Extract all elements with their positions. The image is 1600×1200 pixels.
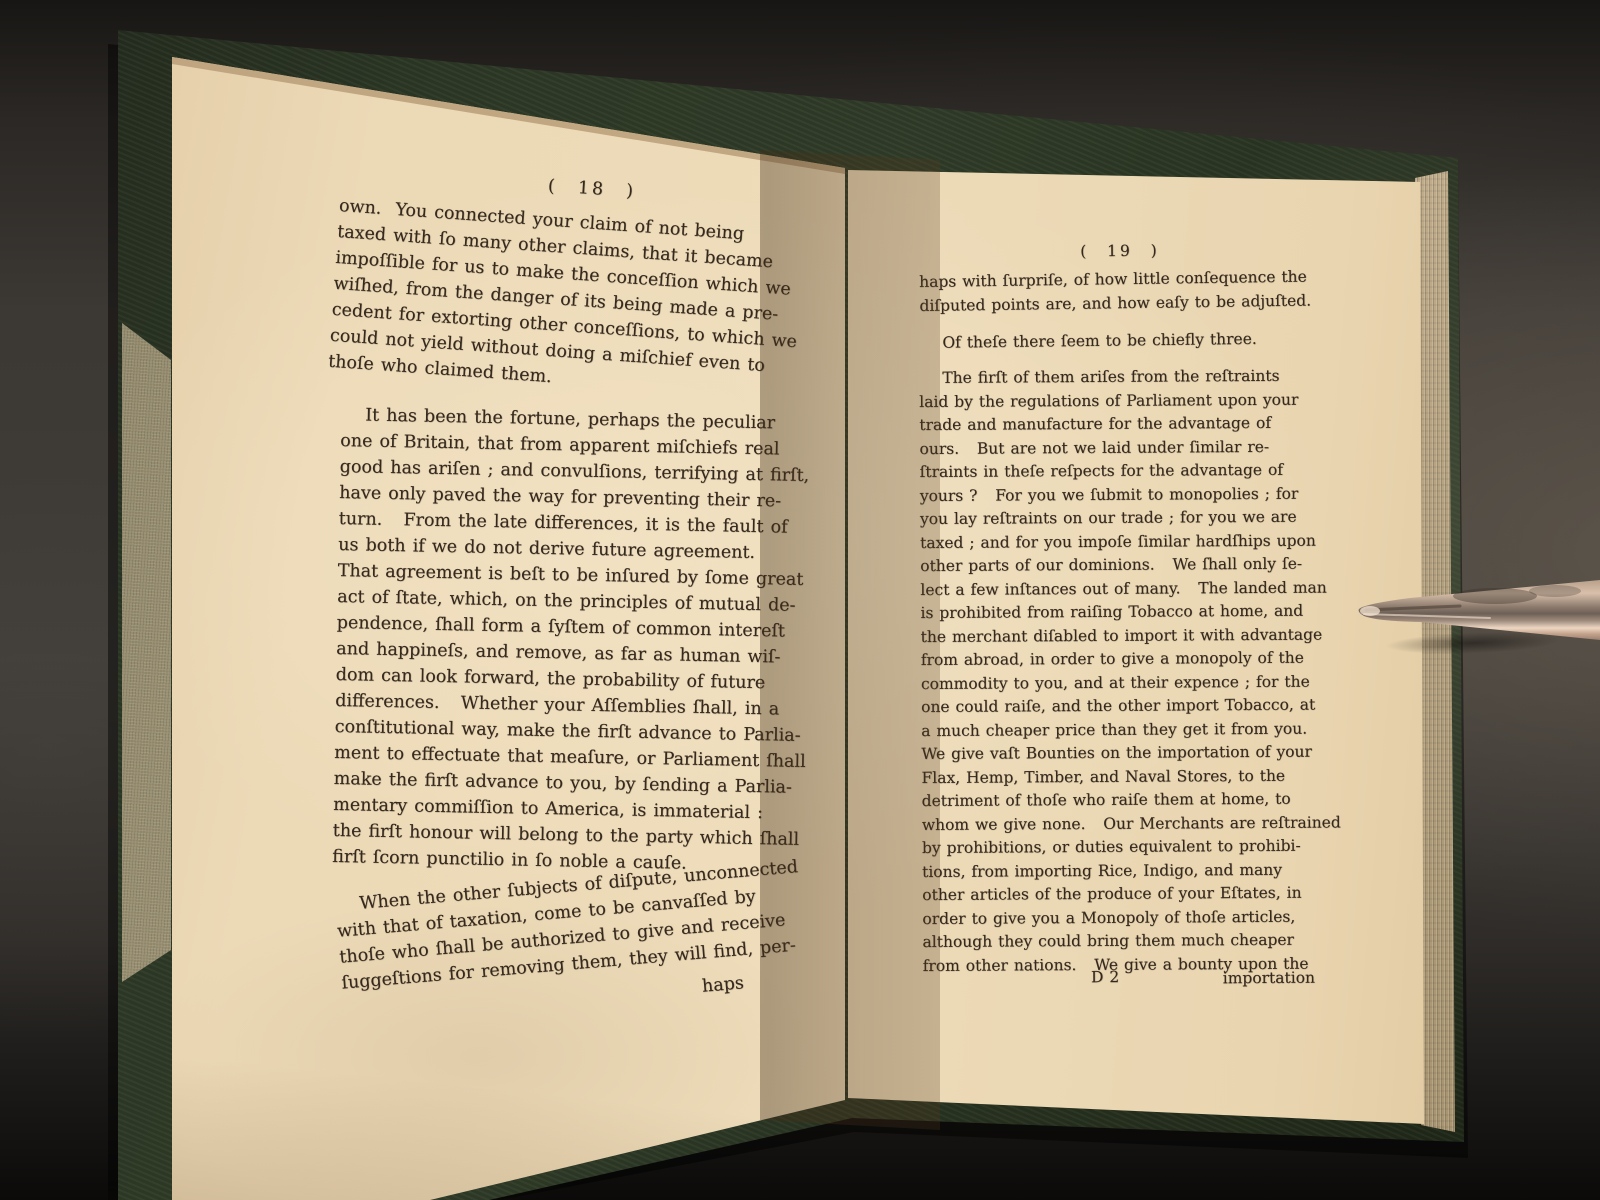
right-page-catchword: importation: [1223, 967, 1315, 991]
left-page-catchword: haps: [701, 970, 745, 1000]
right-page-paragraph-1: haps with ſurpriſe, of how little conſeq…: [919, 266, 1311, 318]
right-page-footer: D 2 importation: [919, 965, 1319, 992]
right-page-paragraph-3: The firſt of them ariſes from the reſtra…: [919, 364, 1342, 978]
page-number-header-right: ( 19 ): [1030, 239, 1210, 264]
page-number-header-left: ( 18 ): [491, 170, 692, 209]
photo-scene: ( 18 ) own. You connected your claim of …: [0, 0, 1600, 1200]
letter-opener: [1340, 550, 1600, 660]
right-page-paragraph-2: Of theſe there ſeem to be chiefly three.: [919, 328, 1257, 356]
left-page-paragraph-1: own. You connected your claim of not bei…: [327, 193, 805, 407]
left-page-paragraph-2: It has been the fortune, perhaps the pec…: [332, 402, 812, 879]
signature-mark: D 2: [1091, 966, 1119, 990]
